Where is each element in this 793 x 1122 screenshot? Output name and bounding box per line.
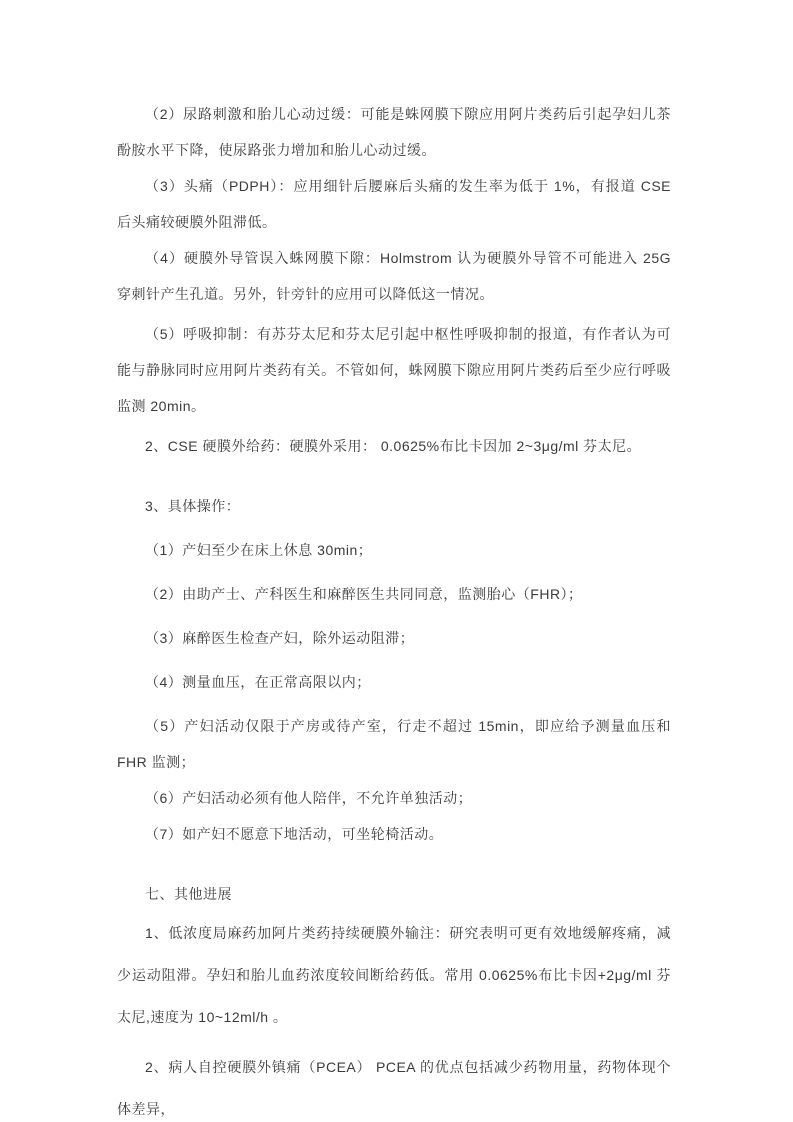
list-item: （7）如产妇不愿意下地活动，可坐轮椅活动。: [117, 816, 671, 852]
list-item: （3）麻醉医生检查产妇，除外运动阻滞；: [117, 620, 671, 656]
list-item: （5）产妇活动仅限于产房或待产室，行走不超过 15min，即应给予测量血压和 F…: [117, 708, 671, 780]
paragraph: 1、低浓度局麻药加阿片类药持续硬膜外输注：研究表明可更有效地缓解疼痛，减少运动阻…: [117, 912, 671, 1038]
list-item: （6）产妇活动必须有他人陪伴，不允许单独活动；: [117, 780, 671, 816]
section-heading: 七、其他进展: [117, 876, 671, 912]
list-item: （4）测量血压，在正常高限以内；: [117, 664, 671, 700]
list-item: （2）由助产士、产科医生和麻醉医生共同同意，监测胎心（FHR）；: [117, 576, 671, 612]
section-heading: 3、具体操作：: [117, 488, 671, 524]
paragraph: （4）硬膜外导管误入蛛网膜下隙：Holmstrom 认为硬膜外导管不可能进入 2…: [117, 240, 671, 312]
paragraph: （3）头痛（PDPH）：应用细针后腰麻后头痛的发生率为低于 1%，有报道 CSE…: [117, 168, 671, 240]
document-page: （2）尿路刺激和胎儿心动过缓：可能是蛛网膜下隙应用阿片类药后引起孕妇儿茶酚胺水平…: [0, 0, 793, 1122]
paragraph: 2、病人自控硬膜外镇痛（PCEA） PCEA 的优点包括减少药物用量，药物体现个…: [117, 1046, 671, 1122]
list-item: （1）产妇至少在床上休息 30min；: [117, 532, 671, 568]
paragraph: 2、CSE 硬膜外给药：硬膜外采用： 0.0625%布比卡因加 2~3μg/ml…: [117, 428, 671, 464]
paragraph: （2）尿路刺激和胎儿心动过缓：可能是蛛网膜下隙应用阿片类药后引起孕妇儿茶酚胺水平…: [117, 96, 671, 168]
paragraph: （5）呼吸抑制：有苏芬太尼和芬太尼引起中枢性呼吸抑制的报道，有作者认为可能与静脉…: [117, 316, 671, 424]
